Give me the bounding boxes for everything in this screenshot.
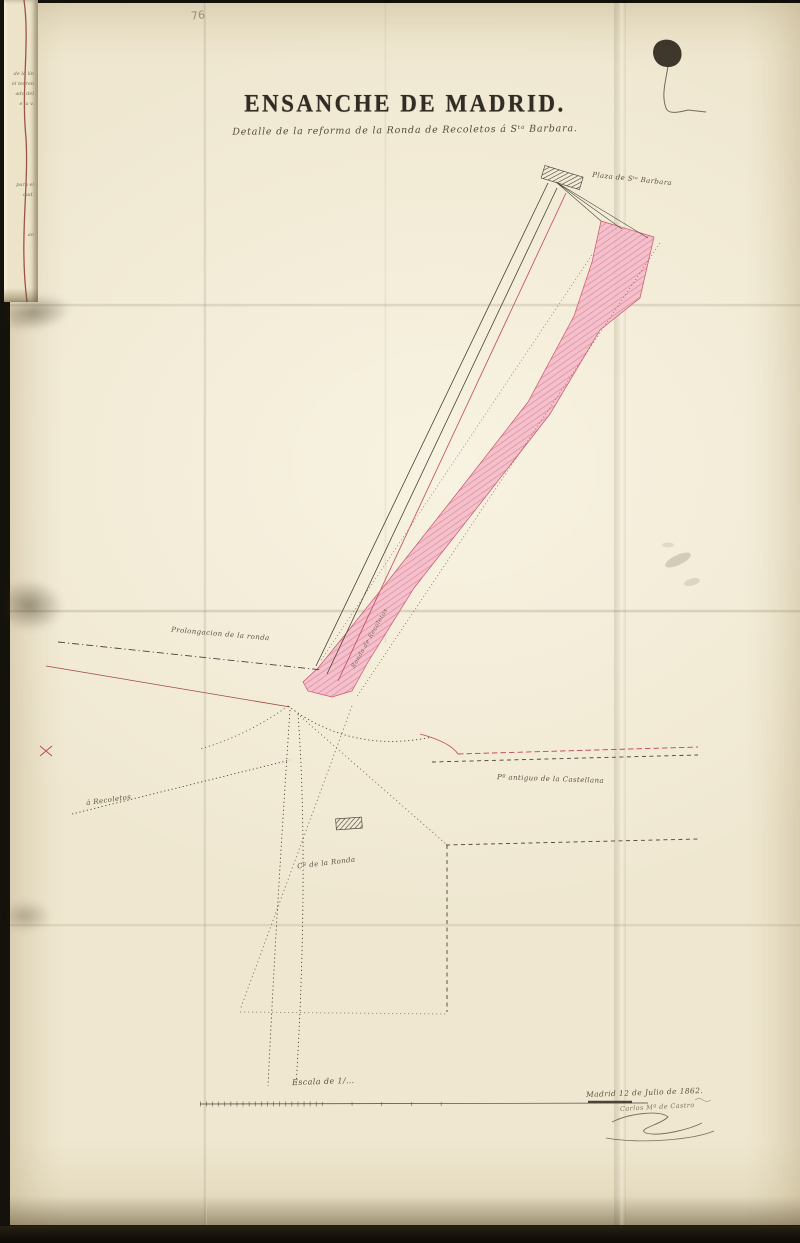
strip-text-fragment: an bbox=[28, 233, 34, 238]
fold-crease-horizontal-1 bbox=[10, 303, 800, 307]
fold-crease-horizontal-2 bbox=[10, 609, 800, 613]
fold-crease-vertical-1 bbox=[203, 3, 207, 1225]
map-title: ENSANCHE DE MADRID. bbox=[180, 90, 630, 118]
strip-text-fragment: el terren bbox=[12, 82, 34, 87]
strip-fold-shadow bbox=[4, 288, 38, 302]
scanned-map-sheet: de la lin el terren ado del e la v. para… bbox=[0, 0, 800, 1243]
map-sheet-paper bbox=[10, 3, 800, 1225]
edge-wrinkle-shadow bbox=[3, 577, 66, 635]
strip-red-boundary-line bbox=[4, 0, 38, 302]
pencil-page-number: 76 bbox=[190, 8, 205, 22]
edge-wrinkle-shadow bbox=[8, 900, 52, 932]
fold-crease-vertical-2 bbox=[614, 3, 626, 1225]
fold-crease-horizontal-3 bbox=[10, 923, 800, 927]
paper-bottom-shadow bbox=[10, 1196, 800, 1226]
strip-text-fragment: dad. bbox=[23, 193, 34, 198]
strip-text-fragment: para el bbox=[16, 183, 34, 188]
adjacent-sheet-strip: de la lin el terren ado del e la v. para… bbox=[4, 0, 38, 302]
strip-text-fragment: de la lin bbox=[14, 72, 34, 77]
strip-text-fragment: e la v. bbox=[19, 102, 34, 107]
scan-frame-bottom-bar bbox=[0, 1226, 800, 1243]
strip-text-fragment: ado del bbox=[15, 92, 34, 97]
